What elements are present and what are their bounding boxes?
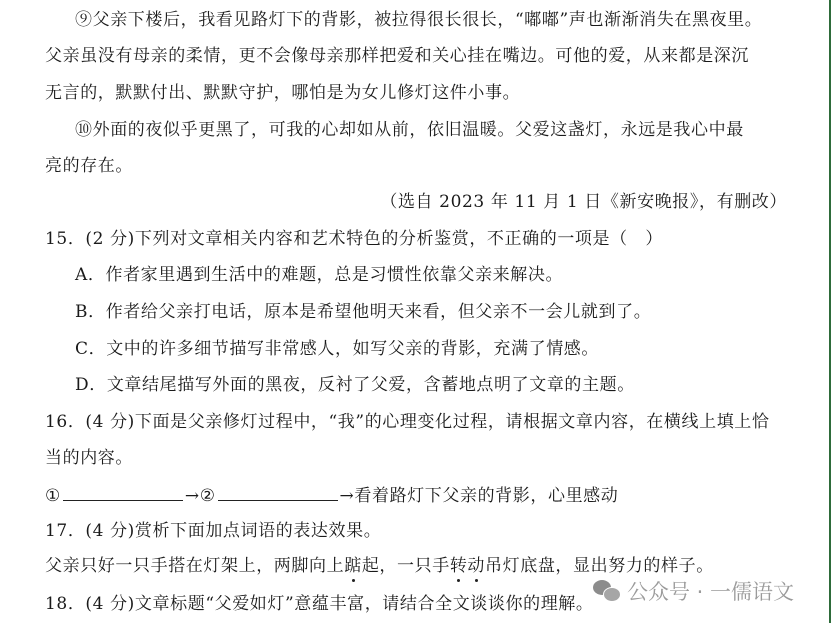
q16-stem-line1: 16．(4 分)下面是父亲修灯过程中，“我”的心理变化过程，请根据文章内容，在横… bbox=[45, 412, 770, 432]
wechat-icon bbox=[593, 580, 621, 602]
watermark-text: 公众号 · 一儒语文 bbox=[627, 576, 794, 606]
para10-line1: ⑩外面的夜似乎更黑了，可我的心却如从前，依旧温暖。父爱这盏灯，永远是我心中最 bbox=[75, 120, 744, 140]
q15-option-a: A．作者家里遇到生活中的难题，总是习惯性依靠父亲来解决。 bbox=[75, 265, 563, 285]
q16-fill-chain: ①→②→看着路灯下父亲的背影，心里感动 bbox=[45, 484, 618, 506]
q17-dotted-word-1: 踮 bbox=[344, 556, 362, 576]
para9-line3: 无言的，默默付出、默默守护，哪怕是为女儿修灯这件小事。 bbox=[45, 83, 520, 103]
q15-option-d: D．文章结尾描写外面的黑夜，反衬了父爱，含蓄地点明了文章的主题。 bbox=[75, 375, 635, 395]
para10-line2: 亮的存在。 bbox=[45, 156, 133, 176]
q15-stem: 15．(2 分)下列对文章相关内容和艺术特色的分析鉴赏，不正确的一项是（ ） bbox=[45, 229, 663, 249]
q16-blank1[interactable] bbox=[63, 484, 183, 501]
article-source: （选自 2023 年 11 月 1 日《新安晚报》，有删改） bbox=[380, 192, 787, 212]
q16-arrow1: →② bbox=[185, 486, 216, 506]
watermark: 公众号 · 一儒语文 bbox=[593, 576, 794, 606]
q18-stem: 18．(4 分)文章标题“父爱如灯”意蕴丰富，请结合全文谈谈你的理解。 bbox=[45, 594, 594, 614]
q15-option-b: B．作者给父亲打电话，原本是希望他明天来看，但父亲不一会儿就到了。 bbox=[75, 302, 651, 322]
q16-blank1-label: ① bbox=[45, 486, 61, 506]
q16-stem-line2: 当的内容。 bbox=[45, 448, 133, 468]
q17-sentence: 父亲只好一只手搭在灯架上，两脚向上踮起，一只手转动吊灯底盘，显出努力的样子。 bbox=[45, 556, 714, 576]
q17-stem: 17．(4 分)赏析下面加点词语的表达效果。 bbox=[45, 521, 381, 541]
para9-line2: 父亲虽没有母亲的柔情，更不会像母亲那样把爱和关心挂在嘴边。可他的爱，从来都是深沉 bbox=[45, 46, 749, 66]
q17-part2: 起，一只手 bbox=[362, 556, 450, 576]
q17-part3: 吊灯底盘，显出努力的样子。 bbox=[485, 556, 714, 576]
q17-dotted-word-2b: 动 bbox=[467, 556, 485, 576]
exam-page: ⑨父亲下楼后，我看见路灯下的背影，被拉得很长很长，“嘟嘟”声也渐渐消失在黑夜里。… bbox=[0, 0, 829, 623]
para9-line1: ⑨父亲下楼后，我看见路灯下的背影，被拉得很长很长，“嘟嘟”声也渐渐消失在黑夜里。 bbox=[75, 10, 762, 30]
q15-option-c: C．文中的许多细节描写非常感人，如写父亲的背影，充满了情感。 bbox=[75, 339, 599, 359]
q17-part1: 父亲只好一只手搭在灯架上，两脚向上 bbox=[45, 556, 344, 576]
q16-blank2[interactable] bbox=[218, 484, 338, 501]
q17-dotted-word-2a: 转 bbox=[450, 556, 468, 576]
q16-arrow2: →看着路灯下父亲的背影，心里感动 bbox=[340, 486, 619, 506]
